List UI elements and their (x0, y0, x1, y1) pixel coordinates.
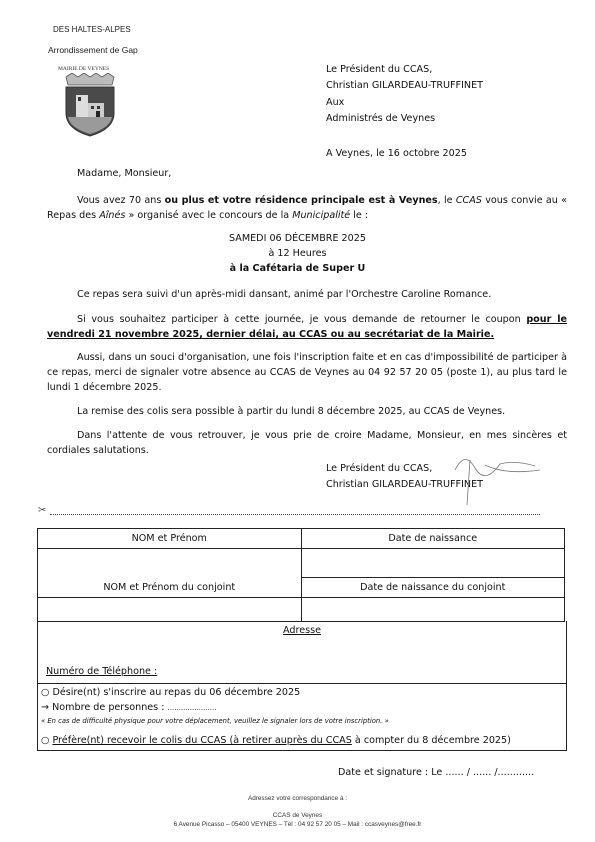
sender-title: Le Président du CCAS, (326, 63, 432, 77)
salutation: Madame, Monsieur, (77, 167, 171, 181)
date-signature-field[interactable]: Date et signature : Le ...... / ...... /… (338, 766, 534, 780)
paragraph-invitation: Vous avez 70 ans ou plus et votre réside… (47, 193, 567, 223)
crest-caption: MAIRIE DE VEYNES (58, 66, 109, 72)
arrondissement-label: Arrondissement de Gap (48, 45, 138, 55)
coat-of-arms-icon (60, 73, 120, 141)
coupon-table: NOM et Prénom Date de naissance NOM et P… (37, 528, 565, 622)
options-box: ○ Désire(nt) s'inscrire au repas du 06 d… (37, 683, 567, 751)
header-name: NOM et Prénom (38, 529, 302, 549)
name-field[interactable] (38, 549, 302, 578)
paragraph-absence: Aussi, dans un souci d'organisation, une… (47, 350, 567, 395)
cut-line (50, 514, 540, 515)
signature-title: Le Président du CCAS, (326, 462, 432, 476)
paragraph-deadline: Si vous souhaitez participer à cette jou… (47, 312, 567, 342)
sender-name: Christian GILARDEAU-TRUFFINET (326, 79, 483, 93)
radio-circle-icon[interactable]: ○ (41, 735, 49, 746)
sender-aux: Aux (326, 96, 344, 110)
handwritten-signature-icon (445, 450, 545, 514)
arrow-right-icon: → (41, 702, 49, 713)
option-register[interactable]: ○ Désire(nt) s'inscrire au repas du 06 d… (41, 686, 300, 700)
spouse-name-field[interactable] (38, 598, 302, 622)
header-spouse-birthdate: Date de naissance du conjoint (301, 578, 565, 598)
persons-row: → Nombre de personnes : ................… (41, 701, 216, 715)
paragraph-dance: Ce repas sera suivi d'un après-midi dans… (47, 287, 567, 302)
footer-org: CCAS de Veynes (0, 812, 595, 819)
event-time: à 12 Heures (0, 247, 595, 261)
footer-contact: 6 Avenue Picasso – 05400 VEYNES – Tél : … (0, 821, 595, 828)
header-spouse-name: NOM et Prénom du conjoint (38, 578, 302, 598)
recipient: Administrés de Veynes (326, 112, 435, 126)
persons-field[interactable]: ...................... (168, 704, 217, 712)
address-box[interactable]: Adresse Numéro de Téléphone : (37, 621, 567, 684)
scissors-icon: ✂ (38, 505, 46, 516)
mobility-note: « En cas de difficulté physique pour vot… (41, 717, 389, 725)
address-label: Adresse (38, 624, 566, 638)
date-line: A Veynes, le 16 octobre 2025 (326, 147, 467, 161)
event-place: à la Cafétaria de Super U (0, 262, 595, 276)
footer-address-to: Adressez votre correspondance à : (0, 795, 595, 802)
spouse-birthdate-field[interactable] (301, 598, 565, 622)
birthdate-field[interactable] (301, 549, 565, 578)
option-parcel[interactable]: ○ Préfère(nt) recevoir le colis du CCAS … (41, 734, 511, 748)
phone-label: Numéro de Téléphone : (46, 665, 157, 679)
event-date: SAMEDI 06 DÉCEMBRE 2025 (0, 232, 595, 246)
header-birthdate: Date de naissance (301, 529, 565, 549)
department-label: DES HALTES-ALPES (53, 25, 131, 34)
radio-circle-icon[interactable]: ○ (41, 687, 49, 698)
paragraph-parcels: La remise des colis sera possible à part… (47, 404, 567, 419)
